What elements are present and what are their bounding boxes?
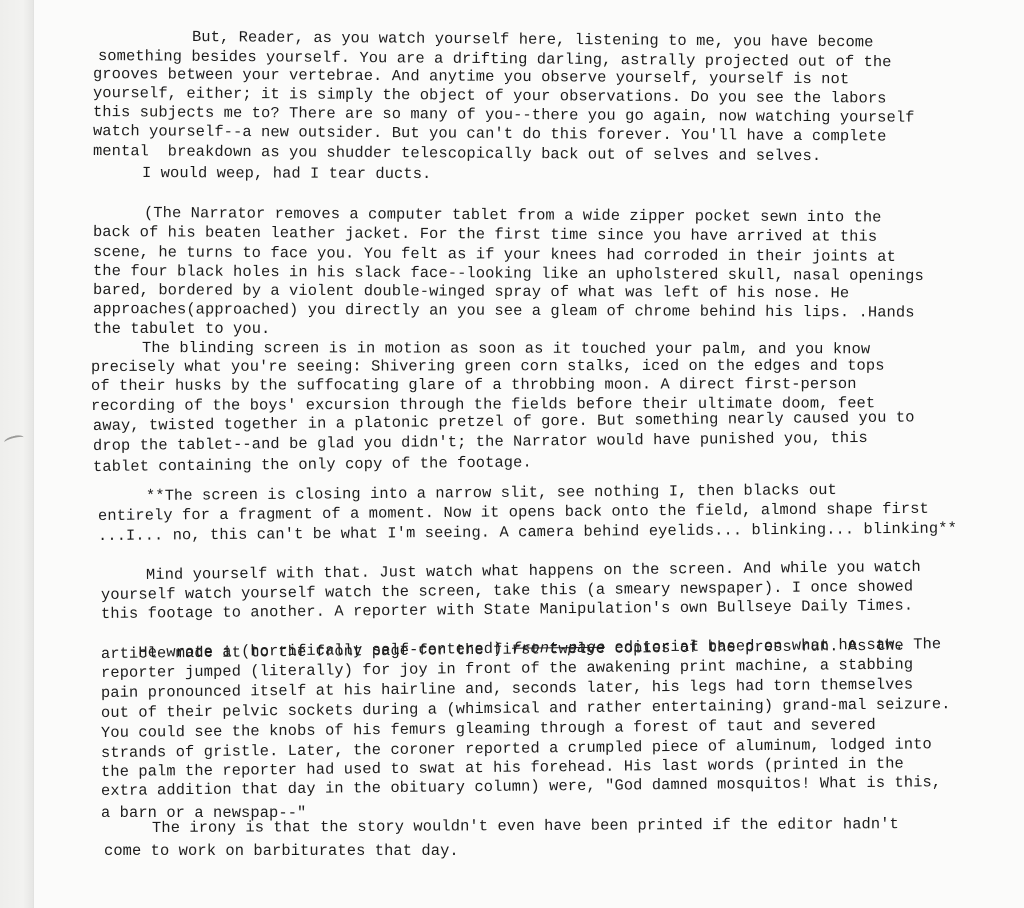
text-line: approaches(approached) you directly an y… [93, 300, 915, 322]
text-line: the tabulet to you. [93, 320, 270, 338]
text-line: tablet containing the only copy of the f… [93, 453, 532, 476]
text-line: The blinding screen is in motion as soon… [142, 339, 870, 358]
text-line: The irony is that the story wouldn't eve… [152, 815, 899, 837]
text-line: mental breakdown as you shudder telescop… [93, 142, 821, 165]
text-line: back of his beaten leather jacket. For t… [93, 223, 877, 246]
text-line: bared, bordered by a violent double-wing… [93, 281, 849, 302]
typewritten-page: But, Reader, as you watch yourself here,… [0, 0, 1024, 908]
text-line: come to work on barbiturates that day. [104, 842, 459, 860]
text-line: precisely what you're seeing: Shivering … [91, 357, 885, 376]
text-line: of their husks by the suffocating glare … [91, 375, 857, 395]
text-line: I would weep, had I tear ducts. [142, 164, 431, 183]
